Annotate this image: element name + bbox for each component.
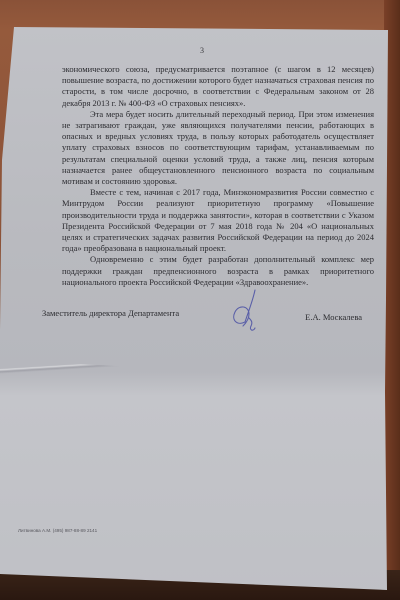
paragraph-1: экономического союза, предусматривается …: [62, 64, 374, 109]
letter-body: экономического союза, предусматривается …: [62, 64, 374, 288]
signature-block: Заместитель директора Департамента Е.А. …: [42, 300, 372, 340]
page-number: 3: [200, 46, 204, 55]
handwritten-signature-icon: [227, 288, 267, 338]
signatory-name: Е.А. Москалева: [305, 312, 362, 322]
paragraph-2: Эта мера будет носить длительный переход…: [62, 109, 374, 187]
signatory-position: Заместитель директора Департамента: [42, 308, 179, 318]
paragraph-4: Одновременно с этим будет разработан доп…: [62, 254, 374, 288]
paragraph-3: Вместе с тем, начиная с 2017 года, Минэк…: [62, 187, 374, 254]
executor-contact-note: Литвинова А.М. (495) 987-88-89 2141: [18, 528, 97, 533]
